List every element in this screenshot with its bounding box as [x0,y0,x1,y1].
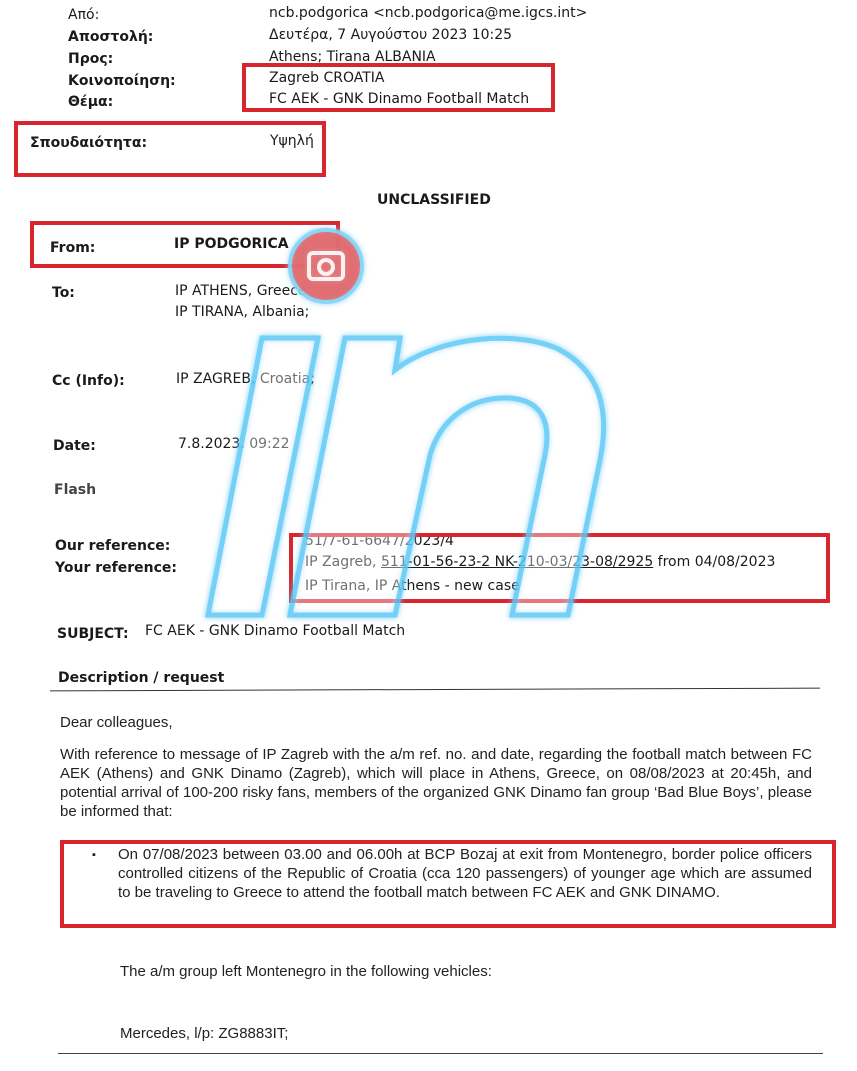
memo-cc-label: Cc (Info): [52,373,125,389]
email-cc-label: Κοινοποίηση: [68,72,176,90]
bottom-divider [58,1053,823,1054]
email-to-label: Προς: [68,50,113,68]
classification-label: UNCLASSIFIED [377,192,491,208]
memo-date-value: 7.8.2023. 09:22 [178,436,290,452]
vehicle-item: Mercedes, l/p: ZG8883IT; [120,1024,288,1043]
memo-date-label: Date: [53,438,96,454]
email-from-label: Από: [68,6,99,24]
highlight-box-cc-subject [242,63,555,112]
email-from-value: ncb.podgorica <ncb.podgorica@me.igcs.int… [269,4,587,22]
memo-to-value-2: IP TIRANA, Albania; [175,304,309,320]
email-sent-value: Δευτέρα, 7 Αυγούστου 2023 10:25 [269,26,512,44]
highlight-box-references [289,533,830,603]
highlight-box-from [30,221,340,268]
section-divider [50,688,820,692]
memo-subject-value: FC AEK - GNK Dinamo Football Match [145,623,405,639]
intro-paragraph: With reference to message of IP Zagreb w… [60,745,812,821]
section-title: Description / request [58,670,224,686]
memo-cc-value: IP ZAGREB, Croatia; [176,371,315,387]
email-subject-label: Θέμα: [68,93,113,111]
memo-to-value-1: IP ATHENS, Greece [175,283,307,299]
highlight-box-importance [14,121,326,177]
vehicles-intro: The a/m group left Montenegro in the fol… [120,962,492,981]
memo-priority: Flash [54,482,96,498]
email-sent-label: Αποστολή: [68,28,153,46]
our-reference-label: Our reference: [55,538,170,554]
your-reference-label: Your reference: [55,560,177,576]
greeting: Dear colleagues, [60,713,173,732]
memo-subject-label: SUBJECT: [57,626,129,642]
highlight-box-bullet [60,840,836,928]
memo-to-label: To: [52,285,75,301]
